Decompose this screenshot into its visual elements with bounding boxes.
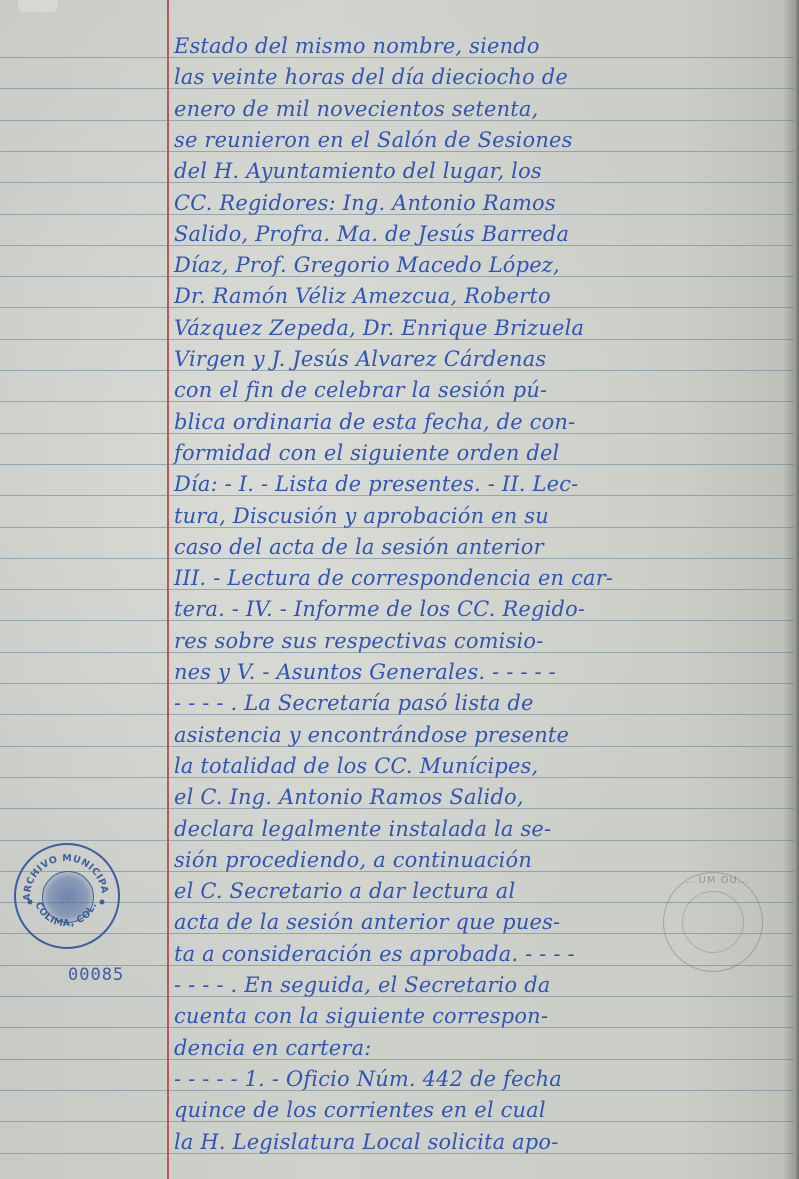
text-line: cuenta con la siguiente correspon- — [174, 1003, 789, 1029]
document-page: Estado del mismo nombre, siendolas veint… — [0, 0, 799, 1179]
text-line: nes y V. - Asuntos Generales. - - - - - — [174, 659, 789, 685]
text-line: Vázquez Zepeda, Dr. Enrique Brizuela — [174, 315, 789, 341]
text-line: asistencia y encontrándose presente — [174, 722, 789, 748]
text-line: tura, Discusión y aprobación en su — [174, 503, 789, 529]
text-line: las veinte horas del día dieciocho de — [174, 64, 789, 90]
archive-stamp: ARCHIVO MUNICIPAL COLIMA, COL. — [14, 843, 120, 949]
text-line: - - - - . En seguida, el Secretario da — [174, 972, 789, 998]
folio-number: 00085 — [68, 965, 124, 985]
faint-seal-inner — [682, 891, 744, 953]
text-line: - - - - - 1. - Oficio Núm. 442 de fecha — [174, 1066, 789, 1092]
text-line: la totalidad de los CC. Munícipes, — [174, 753, 789, 779]
text-line: se reunieron en el Salón de Sesiones — [174, 127, 789, 153]
text-line: dencia en cartera: — [174, 1035, 789, 1061]
text-line: formidad con el siguiente orden del — [174, 440, 789, 466]
text-line: Estado del mismo nombre, siendo — [174, 33, 789, 59]
page-edge — [794, 0, 799, 1179]
red-margin-line — [167, 0, 169, 1179]
text-line: el C. Ing. Antonio Ramos Salido, — [174, 784, 789, 810]
text-line: Díaz, Prof. Gregorio Macedo López, — [174, 252, 789, 278]
text-line: sión procediendo, a continuación — [174, 847, 789, 873]
text-line: con el fin de celebrar la sesión pú- — [174, 377, 789, 403]
text-line: enero de mil novecientos setenta, — [174, 96, 789, 122]
text-line: caso del acta de la sesión anterior — [174, 534, 789, 560]
coat-of-arms-icon — [42, 871, 94, 923]
text-line: III. - Lectura de correspondencia en car… — [174, 565, 789, 591]
text-line: Dr. Ramón Véliz Amezcua, Roberto — [174, 283, 789, 309]
text-line: blica ordinaria de esta fecha, de con- — [174, 409, 789, 435]
text-line: declara legalmente instalada la se- — [174, 816, 789, 842]
text-line: tera. - IV. - Informe de los CC. Regido- — [174, 596, 789, 622]
text-line: quince de los corrientes en el cual — [174, 1097, 789, 1123]
faint-seal-text: ...UM OU... — [686, 875, 750, 886]
text-line: - - - - . La Secretaría pasó lista de — [174, 690, 789, 716]
text-line: Virgen y J. Jesús Alvarez Cárdenas — [174, 346, 789, 372]
text-line: Salido, Profra. Ma. de Jesús Barreda — [174, 221, 789, 247]
text-line: res sobre sus respectivas comisio- — [174, 628, 789, 654]
text-line: Día: - I. - Lista de presentes. - II. Le… — [174, 471, 789, 497]
text-line: CC. Regidores: Ing. Antonio Ramos — [174, 190, 789, 216]
text-line: del H. Ayuntamiento del lugar, los — [174, 158, 789, 184]
text-line: la H. Legislatura Local solicita apo- — [174, 1129, 789, 1155]
faint-seal: ...UM OU... — [663, 872, 763, 972]
